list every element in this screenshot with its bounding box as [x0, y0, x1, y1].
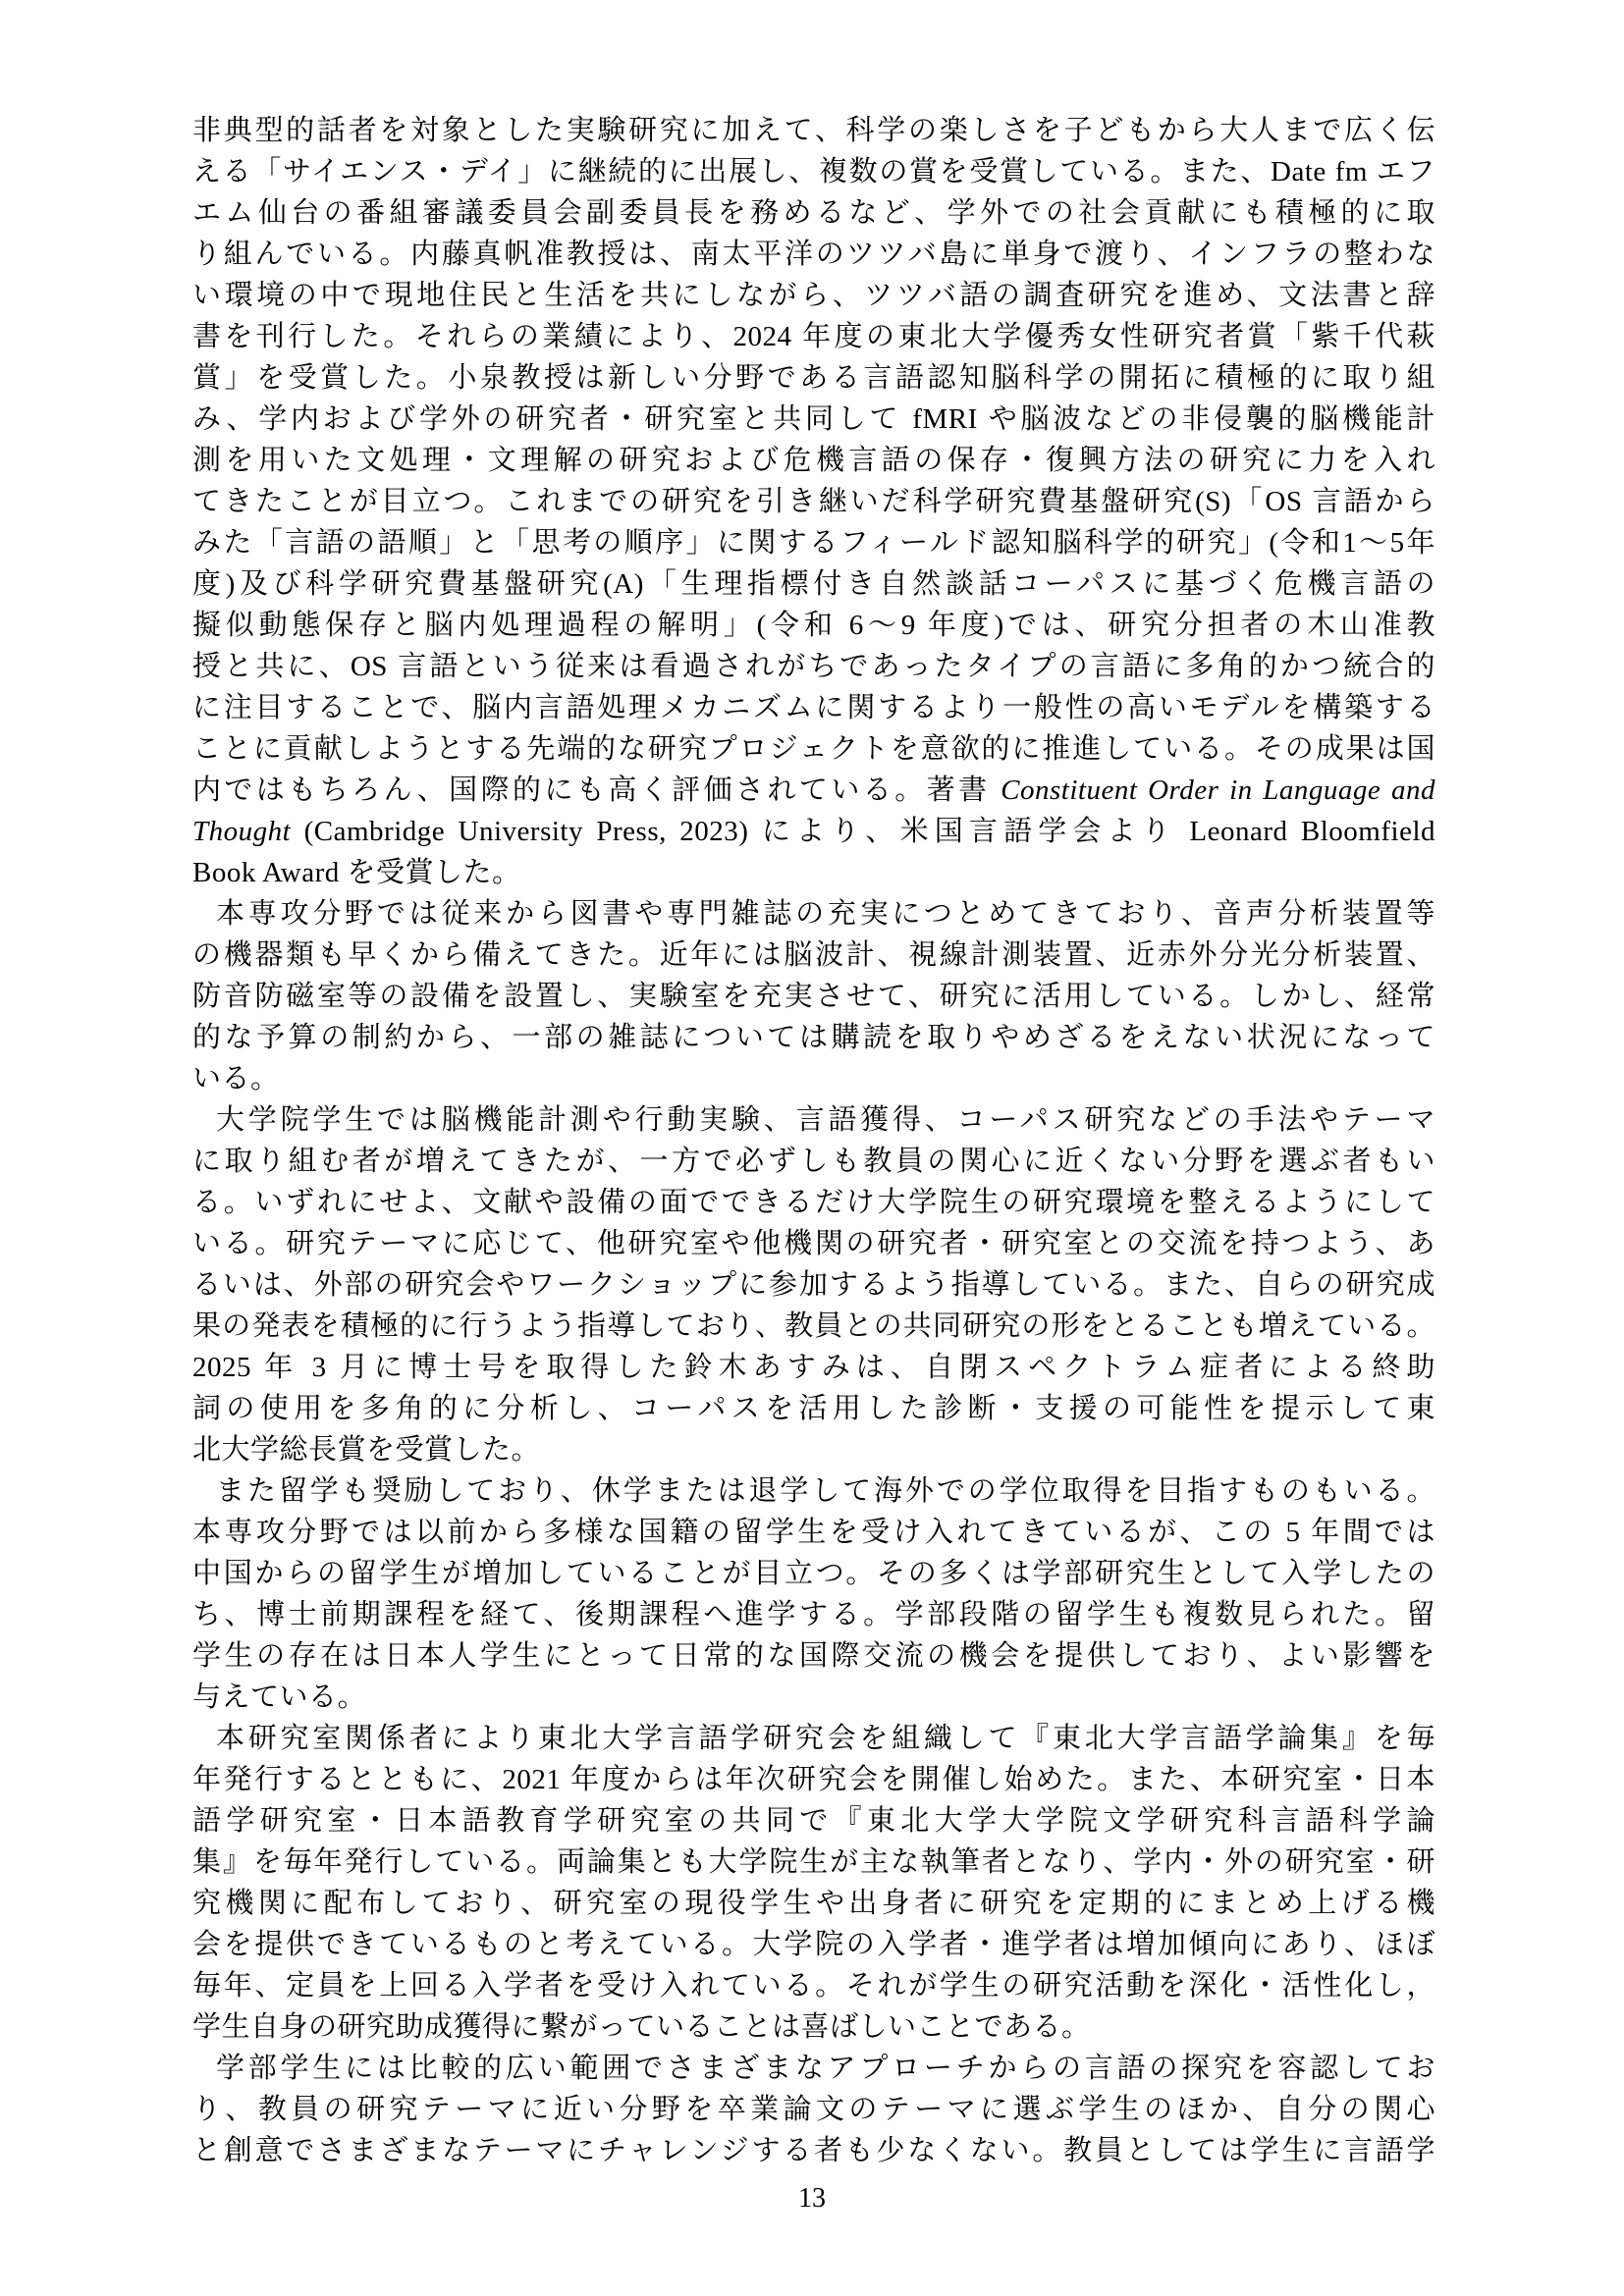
- text-segment: に注目することで、脳内言語処理メカニズムに関するより一般性の高いモデルを構築する: [192, 692, 1435, 723]
- text-segment: 2025 年 3 月に博士号を取得した鈴木あすみは、自閉スペクトラム症者による終…: [192, 1352, 1435, 1383]
- text-line: Thought (Cambridge University Press, 202…: [192, 811, 1435, 852]
- page-number: 13: [0, 2181, 1624, 2216]
- italic-text-segment: Thought: [192, 816, 291, 847]
- text-line: 本専攻分野では従来から図書や専門雑誌の充実につとめてきており、音声分析装置等: [192, 893, 1435, 934]
- text-segment: と創意でさまざまなテーマにチャレンジする者も少なくない。教員としては学生に言語学: [192, 2135, 1435, 2166]
- text-line: 書を刊行した。それらの業績により、2024 年度の東北大学優秀女性研究者賞「紫千…: [192, 316, 1435, 357]
- text-line: 擬似動態保存と脳内処理過程の解明」(令和 6～9 年度)では、研究分担者の木山准…: [192, 605, 1435, 646]
- text-line: 授と共に、OS 言語という従来は看過されがちであったタイプの言語に多角的かつ統合…: [192, 646, 1435, 687]
- text-segment: 防音防磁室等の設備を設置し、実験室を充実させて、研究に活用している。しかし、経常: [192, 981, 1435, 1012]
- text-segment: 擬似動態保存と脳内処理過程の解明」(令和 6～9 年度)では、研究分担者の木山准…: [192, 610, 1435, 641]
- text-line: 賞」を受賞した。小泉教授は新しい分野である言語認知脳科学の開拓に積極的に取り組: [192, 357, 1435, 399]
- text-segment: り組んでいる。内藤真帆准教授は、南太平洋のツツバ島に単身で渡り、インフラの整わな: [192, 239, 1435, 270]
- text-segment: 学部学生には比較的広い範囲でさまざまなアプローチからの言語の探究を容認してお: [216, 2053, 1435, 2084]
- text-segment: 本研究室関係者により東北大学言語学研究会を組織して『東北大学言語学論集』を毎: [216, 1723, 1435, 1754]
- text-segment: 詞の使用を多角的に分析し、コーパスを活用した診断・支援の可能性を提示して東: [192, 1393, 1435, 1424]
- text-segment: ことに貢献しようとする先端的な研究プロジェクトを意欲的に推進している。その成果は…: [192, 733, 1435, 765]
- text-segment: 果の発表を積極的に行うよう指導しており、教員との共同研究の形をとることも増えてい…: [192, 1310, 1435, 1342]
- text-line: ち、博士前期課程を経て、後期課程へ進学する。学部段階の留学生も複数見られた。留: [192, 1594, 1435, 1635]
- text-segment: み、学内および学外の研究者・研究室と共同して fMRI や脳波などの非侵襲的脳機…: [192, 403, 1435, 435]
- text-line: 非典型的話者を対象とした実験研究に加えて、科学の楽しさを子どもから大人まで広く伝: [192, 110, 1435, 151]
- text-line: 中国からの留学生が増加していることが目立つ。その多くは学部研究生として入学したの: [192, 1553, 1435, 1594]
- text-segment: るいは、外部の研究会やワークショップに参加するよう指導している。また、自らの研究…: [192, 1269, 1435, 1301]
- text-segment: ち、博士前期課程を経て、後期課程へ進学する。学部段階の留学生も複数見られた。留: [192, 1599, 1435, 1630]
- text-line: 度)及び科学研究費基盤研究(A)「生理指標付き自然談話コーパスに基づく危機言語の: [192, 563, 1435, 605]
- text-line: 的な予算の制約から、一部の雑誌については購読を取りやめざるをえない状況になって: [192, 1017, 1435, 1058]
- text-segment: いる。: [192, 1063, 280, 1095]
- text-segment: る。いずれにせよ、文献や設備の面でできるだけ大学院生の研究環境を整えるようにして: [192, 1187, 1435, 1218]
- text-segment: 学生の存在は日本人学生にとって日常的な国際交流の機会を提供しており、よい影響を: [192, 1640, 1435, 1672]
- text-line: の機器類も早くから備えてきた。近年には脳波計、視線計測装置、近赤外分光分析装置、: [192, 934, 1435, 976]
- text-line: 2025 年 3 月に博士号を取得した鈴木あすみは、自閉スペクトラム症者による終…: [192, 1347, 1435, 1388]
- text-line: に取り組む者が増えてきたが、一方で必ずしも教員の関心に近くない分野を選ぶ者もい: [192, 1141, 1435, 1182]
- text-line: Book Award を受賞した。: [192, 852, 1435, 893]
- text-line: エム仙台の番組審議委員会副委員長を務めるなど、学外での社会貢献にも積極的に取: [192, 192, 1435, 234]
- text-segment: Book Award を受賞した。: [192, 857, 521, 888]
- text-segment: える「サイエンス・デイ」に継続的に出展し、複数の賞を受賞している。また、Date…: [192, 156, 1435, 187]
- text-segment: り、教員の研究テーマに近い分野を卒業論文のテーマに選ぶ学生のほか、自分の関心: [192, 2094, 1435, 2125]
- text-segment: 会を提供できているものと考えている。大学院の入学者・進学者は増加傾向にあり、ほぼ: [192, 1929, 1435, 1960]
- text-segment: 書を刊行した。それらの業績により、2024 年度の東北大学優秀女性研究者賞「紫千…: [192, 321, 1435, 352]
- text-line: り組んでいる。内藤真帆准教授は、南太平洋のツツバ島に単身で渡り、インフラの整わな: [192, 234, 1435, 275]
- text-segment: 測を用いた文処理・文理解の研究および危機言語の保存・復興方法の研究に力を入れ: [192, 445, 1435, 476]
- text-line: 本専攻分野では以前から多様な国籍の留学生を受け入れてきているが、この 5 年間で…: [192, 1512, 1435, 1553]
- text-line: 詞の使用を多角的に分析し、コーパスを活用した診断・支援の可能性を提示して東: [192, 1388, 1435, 1429]
- text-segment: 授と共に、OS 言語という従来は看過されがちであったタイプの言語に多角的かつ統合…: [192, 651, 1435, 682]
- text-line: るいは、外部の研究会やワークショップに参加するよう指導している。また、自らの研究…: [192, 1264, 1435, 1306]
- text-line: 究機関に配布しており、研究室の現役学生や出身者に研究を定期的にまとめ上げる機: [192, 1883, 1435, 1924]
- text-segment: 究機関に配布しており、研究室の現役学生や出身者に研究を定期的にまとめ上げる機: [192, 1888, 1435, 1919]
- text-line: 測を用いた文処理・文理解の研究および危機言語の保存・復興方法の研究に力を入れ: [192, 440, 1435, 481]
- text-line: いる。: [192, 1058, 1435, 1099]
- text-line: る。いずれにせよ、文献や設備の面でできるだけ大学院生の研究環境を整えるようにして: [192, 1182, 1435, 1223]
- text-line: と創意でさまざまなテーマにチャレンジする者も少なくない。教員としては学生に言語学: [192, 2130, 1435, 2171]
- text-segment: の機器類も早くから備えてきた。近年には脳波計、視線計測装置、近赤外分光分析装置、: [192, 939, 1435, 971]
- text-block: 非典型的話者を対象とした実験研究に加えて、科学の楽しさを子どもから大人まで広く伝…: [192, 110, 1435, 2171]
- text-line: 学生自身の研究助成獲得に繋がっていることは喜ばしいことである。: [192, 2006, 1435, 2048]
- text-line: 本研究室関係者により東北大学言語学研究会を組織して『東北大学言語学論集』を毎: [192, 1718, 1435, 1759]
- text-segment: 本専攻分野では従来から図書や専門雑誌の充実につとめてきており、音声分析装置等: [216, 898, 1435, 930]
- text-line: 果の発表を積極的に行うよう指導しており、教員との共同研究の形をとることも増えてい…: [192, 1306, 1435, 1347]
- text-line: 学生の存在は日本人学生にとって日常的な国際交流の機会を提供しており、よい影響を: [192, 1635, 1435, 1677]
- text-segment: いる。研究テーマに応じて、他研究室や他機関の研究者・研究室との交流を持つよう、あ: [192, 1228, 1435, 1259]
- text-segment: 学生自身の研究助成獲得に繋がっていることは喜ばしいことである。: [192, 2011, 1091, 2043]
- text-line: 内ではもちろん、国際的にも高く評価されている。著書 Constituent Or…: [192, 770, 1435, 811]
- text-segment: 集』を毎年発行している。両論集とも大学院生が主な執筆者となり、学内・外の研究室・…: [192, 1846, 1435, 1878]
- text-segment: 北大学総長賞を受賞した。: [192, 1434, 540, 1466]
- text-line: い環境の中で現地住民と生活を共にしながら、ツツバ語の調査研究を進め、文法書と辞: [192, 275, 1435, 316]
- text-line: また留学も奨励しており、休学または退学して海外での学位取得を目指すものもいる。: [192, 1470, 1435, 1512]
- text-line: 大学院学生では脳機能計測や行動実験、言語獲得、コーパス研究などの手法やテーマ: [192, 1099, 1435, 1141]
- text-line: 年発行するとともに、2021 年度からは年次研究会を開催し始めた。また、本研究室…: [192, 1759, 1435, 1800]
- text-segment: 語学研究室・日本語教育学研究室の共同で『東北大学大学院文学研究科言語科学論: [192, 1805, 1435, 1837]
- text-segment: てきたことが目立つ。これまでの研究を引き継いだ科学研究費基盤研究(S)「OS 言…: [192, 486, 1435, 517]
- text-line: える「サイエンス・デイ」に継続的に出展し、複数の賞を受賞している。また、Date…: [192, 151, 1435, 192]
- text-line: 防音防磁室等の設備を設置し、実験室を充実させて、研究に活用している。しかし、経常: [192, 976, 1435, 1017]
- text-segment: 内ではもちろん、国際的にも高く評価されている。著書: [192, 774, 1001, 806]
- text-line: み、学内および学外の研究者・研究室と共同して fMRI や脳波などの非侵襲的脳機…: [192, 399, 1435, 440]
- italic-text-segment: Constituent Order in Language and: [1001, 774, 1435, 806]
- text-line: り、教員の研究テーマに近い分野を卒業論文のテーマに選ぶ学生のほか、自分の関心: [192, 2089, 1435, 2130]
- text-segment: 中国からの留学生が増加していることが目立つ。その多くは学部研究生として入学したの: [192, 1558, 1435, 1589]
- text-line: 集』を毎年発行している。両論集とも大学院生が主な執筆者となり、学内・外の研究室・…: [192, 1842, 1435, 1883]
- text-line: てきたことが目立つ。これまでの研究を引き継いだ科学研究費基盤研究(S)「OS 言…: [192, 481, 1435, 522]
- text-segment: 年発行するとともに、2021 年度からは年次研究会を開催し始めた。また、本研究室…: [192, 1764, 1435, 1795]
- text-segment: 度)及び科学研究費基盤研究(A)「生理指標付き自然談話コーパスに基づく危機言語の: [192, 568, 1435, 600]
- text-line: 語学研究室・日本語教育学研究室の共同で『東北大学大学院文学研究科言語科学論: [192, 1800, 1435, 1842]
- text-segment: 毎年、定員を上回る入学者を受け入れている。それが学生の研究活動を深化・活性化し，: [192, 1970, 1435, 2002]
- text-segment: 与えている。: [192, 1682, 366, 1713]
- text-segment: エム仙台の番組審議委員会副委員長を務めるなど、学外での社会貢献にも積極的に取: [192, 197, 1435, 229]
- text-line: 与えている。: [192, 1677, 1435, 1718]
- text-segment: 的な予算の制約から、一部の雑誌については購読を取りやめざるをえない状況になって: [192, 1022, 1435, 1053]
- text-line: 毎年、定員を上回る入学者を受け入れている。それが学生の研究活動を深化・活性化し，: [192, 1965, 1435, 2006]
- text-line: 北大学総長賞を受賞した。: [192, 1429, 1435, 1470]
- text-line: ことに貢献しようとする先端的な研究プロジェクトを意欲的に推進している。その成果は…: [192, 728, 1435, 770]
- text-segment: 非典型的話者を対象とした実験研究に加えて、科学の楽しさを子どもから大人まで広く伝: [192, 115, 1435, 146]
- text-segment: 大学院学生では脳機能計測や行動実験、言語獲得、コーパス研究などの手法やテーマ: [216, 1104, 1435, 1136]
- text-line: いる。研究テーマに応じて、他研究室や他機関の研究者・研究室との交流を持つよう、あ: [192, 1223, 1435, 1264]
- text-segment: に取り組む者が増えてきたが、一方で必ずしも教員の関心に近くない分野を選ぶ者もい: [192, 1146, 1435, 1177]
- text-segment: (Cambridge University Press, 2023) により、米…: [291, 816, 1435, 847]
- text-line: みた「言語の語順」と「思考の順序」に関するフィールド認知脳科学的研究」(令和1～…: [192, 522, 1435, 563]
- text-line: 学部学生には比較的広い範囲でさまざまなアプローチからの言語の探究を容認してお: [192, 2048, 1435, 2089]
- text-segment: また留学も奨励しており、休学または退学して海外での学位取得を目指すものもいる。: [216, 1475, 1435, 1507]
- text-segment: 賞」を受賞した。小泉教授は新しい分野である言語認知脳科学の開拓に積極的に取り組: [192, 362, 1435, 394]
- text-line: に注目することで、脳内言語処理メカニズムに関するより一般性の高いモデルを構築する: [192, 687, 1435, 728]
- text-segment: い環境の中で現地住民と生活を共にしながら、ツツバ語の調査研究を進め、文法書と辞: [192, 280, 1435, 311]
- text-segment: 本専攻分野では以前から多様な国籍の留学生を受け入れてきているが、この 5 年間で…: [192, 1517, 1435, 1548]
- text-segment: みた「言語の語順」と「思考の順序」に関するフィールド認知脳科学的研究」(令和1～…: [192, 527, 1435, 559]
- text-line: 会を提供できているものと考えている。大学院の入学者・進学者は増加傾向にあり、ほぼ: [192, 1924, 1435, 1965]
- document-page: 非典型的話者を対象とした実験研究に加えて、科学の楽しさを子どもから大人まで広く伝…: [0, 0, 1624, 2296]
